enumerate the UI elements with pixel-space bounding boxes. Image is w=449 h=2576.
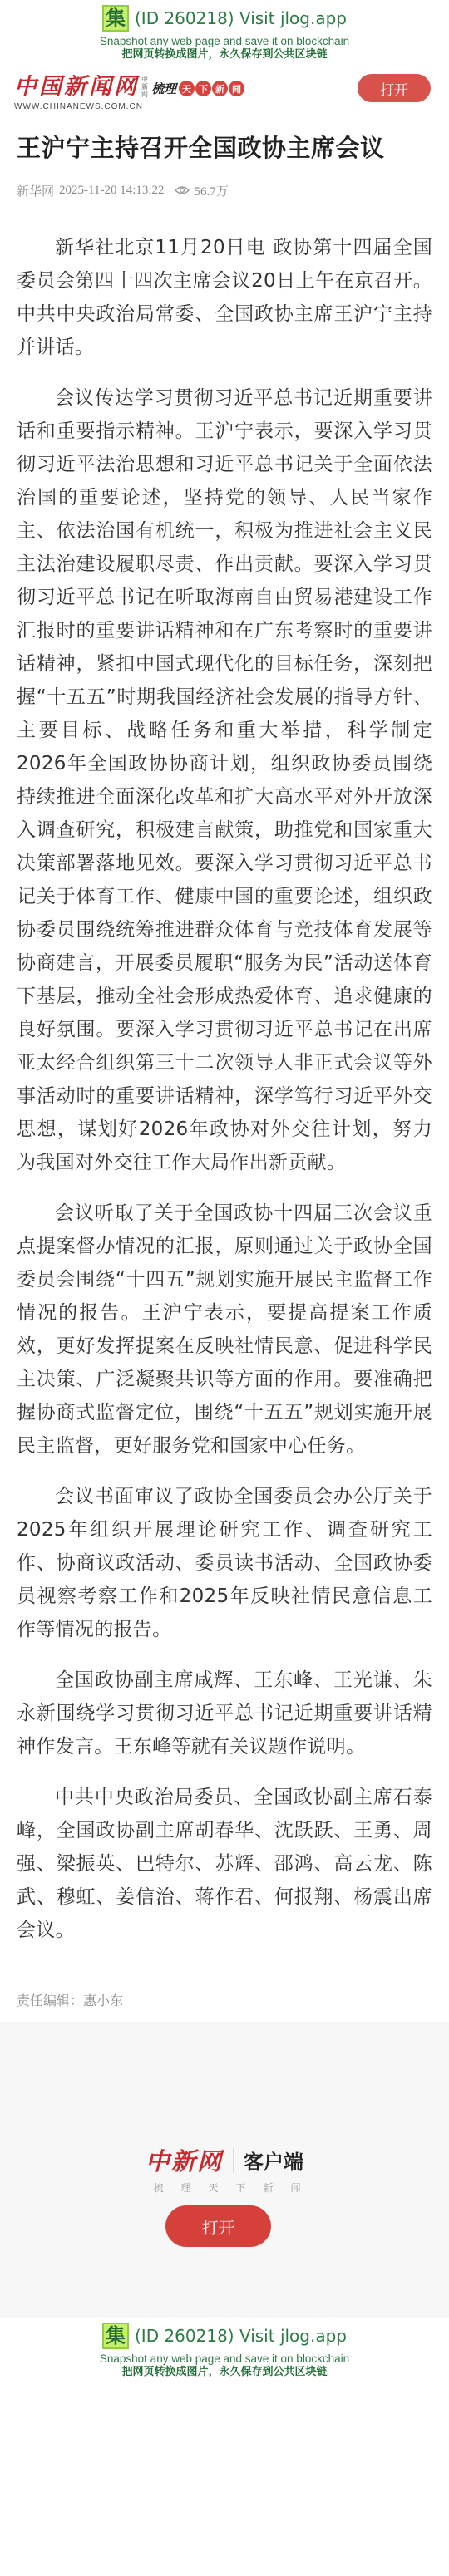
jlog-chinese-text: 把网页转换成图片，永久保存到公共区块链: [0, 48, 449, 61]
slogan-char: 新: [212, 81, 228, 96]
article-paragraph: 会议书面审议了政协全国委员会办公厅关于2025年组织开展理论研究工作、调查研究工…: [17, 1480, 432, 1646]
app-client-label: 客户端: [244, 2146, 303, 2175]
jlog-banner-headline: 集 (ID 260218) Visit jlog.app: [0, 2323, 449, 2349]
logo-url: WWW.CHINANEWS.COM.CN: [14, 102, 148, 111]
app-logo-text: 中新网: [146, 2143, 223, 2177]
logo-side-text: 中 新 网: [141, 76, 148, 98]
jlog-banner-bottom: 集 (ID 260218) Visit jlog.app Snapshot an…: [0, 2318, 449, 2386]
app-logo: 中新网 客户端: [0, 2143, 449, 2177]
jlog-english-text: Snapshot any web page and save it on blo…: [0, 35, 449, 48]
article-body: 新华社北京11月20日电 政协第十四届全国委员会第四十四次主席会议20日上午在京…: [17, 231, 432, 1947]
article-views: 56.7万: [195, 182, 229, 199]
app-download-section: 中新网 客户端 梳 理 天 下 新 闻 打开: [0, 2022, 449, 2318]
slogan-prefix: 梳理: [151, 80, 176, 97]
logo-text: 中国新闻网: [14, 75, 139, 100]
article-paragraph: 会议传达学习贯彻习近平总书记近期重要讲话和重要指示精神。王沪宁表示，要深入学习贯…: [17, 381, 432, 1179]
jlog-logo-icon: 集: [102, 5, 129, 32]
article-datetime: 2025-11-20 14:13:22: [59, 184, 165, 198]
divider: [233, 2148, 234, 2173]
jlog-banner-top: 集 (ID 260218) Visit jlog.app Snapshot an…: [0, 0, 449, 68]
article-paragraph: 中共中央政治局委员、全国政协副主席石泰峰，全国政协副主席胡春华、沈跃跃、王勇、周…: [17, 1781, 432, 1947]
jlog-banner-headline: 集 (ID 260218) Visit jlog.app: [0, 5, 449, 32]
slogan-char: 闻: [229, 81, 244, 96]
article-title: 王沪宁主持召开全国政协主席会议: [17, 131, 432, 165]
article: 王沪宁主持召开全国政协主席会议 新华网 2025-11-20 14:13:22 …: [0, 131, 449, 2022]
article-paragraph: 全国政协副主席咸辉、王东峰、王光谦、朱永新围绕学习贯彻习近平总书记近期重要讲话精…: [17, 1664, 432, 1763]
article-editor: 责任编辑：惠小东: [17, 1990, 432, 2022]
jlog-id-link[interactable]: (ID 260218) Visit jlog.app: [135, 8, 347, 28]
jlog-chinese-text: 把网页转换成图片，永久保存到公共区块链: [0, 2366, 449, 2379]
article-meta: 新华网 2025-11-20 14:13:22 56.7万: [17, 181, 432, 199]
chinanews-logo[interactable]: 中国新闻网 中 新 网 WWW.CHINANEWS.COM.CN: [14, 75, 148, 111]
jlog-logo-icon: 集: [102, 2323, 129, 2349]
article-source: 新华网: [17, 182, 54, 199]
jlog-english-text: Snapshot any web page and save it on blo…: [0, 2352, 449, 2366]
slogan-char: 天: [179, 81, 195, 96]
slogan: 梳理 天 下 新 闻: [151, 80, 244, 97]
app-tagline: 梳 理 天 下 新 闻: [0, 2180, 449, 2195]
slogan-char: 下: [195, 81, 211, 96]
open-app-button-top[interactable]: 打开: [358, 74, 431, 102]
open-app-button-bottom[interactable]: 打开: [165, 2205, 271, 2247]
jlog-id-link[interactable]: (ID 260218) Visit jlog.app: [135, 2326, 347, 2346]
article-paragraph: 新华社北京11月20日电 政协第十四届全国委员会第四十四次主席会议20日上午在京…: [17, 231, 432, 364]
eye-icon: [175, 185, 190, 195]
site-header: 中国新闻网 中 新 网 WWW.CHINANEWS.COM.CN 梳理 天 下 …: [0, 68, 449, 120]
article-paragraph: 会议听取了关于全国政协十四届三次会议重点提案督办情况的汇报，原则通过关于政协全国…: [17, 1197, 432, 1463]
